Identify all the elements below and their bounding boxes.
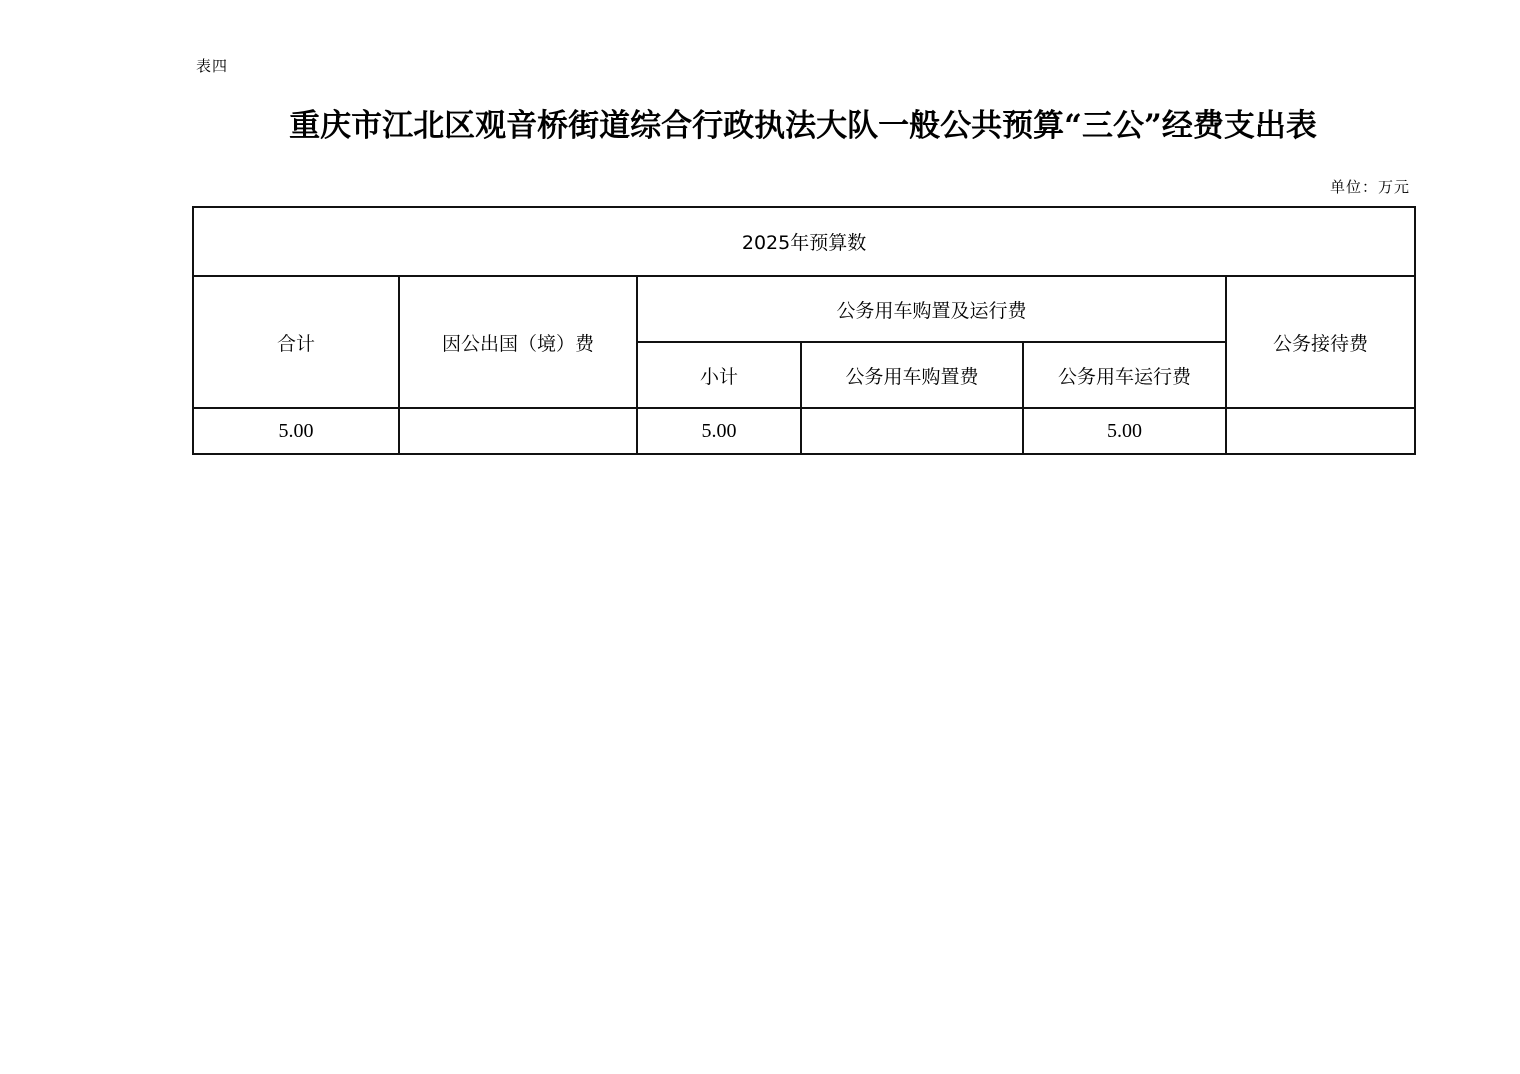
header-overseas: 因公出国（境）费 [399,276,637,408]
header-vehicle-subtotal: 小计 [637,342,801,408]
table-year-header-row: 2025年预算数 [193,207,1415,276]
table-header-row: 合计 因公出国（境）费 公务用车购置及运行费 公务接待费 [193,276,1415,342]
table-number-label: 表四 [196,55,228,76]
header-reception: 公务接待费 [1226,276,1415,408]
three-public-expenses-table: 2025年预算数 合计 因公出国（境）费 公务用车购置及运行费 公务接待费 小计… [192,206,1416,455]
unit-label: 单位：万元 [1330,176,1410,197]
header-vehicle-purchase: 公务用车购置费 [801,342,1023,408]
page-title: 重庆市江北区观音桥街道综合行政执法大队一般公共预算“三公”经费支出表 [192,100,1414,145]
table-row: 5.00 5.00 5.00 [193,408,1415,454]
year-header-text: 2025年预算数 [742,232,866,254]
header-vehicle-group: 公务用车购置及运行费 [637,276,1226,342]
year-header-cell: 2025年预算数 [193,207,1415,276]
cell-overseas [399,408,637,454]
cell-vehicle-purchase [801,408,1023,454]
cell-total: 5.00 [193,408,399,454]
header-vehicle-operation: 公务用车运行费 [1023,342,1226,408]
header-total: 合计 [193,276,399,408]
cell-reception [1226,408,1415,454]
cell-vehicle-operation: 5.00 [1023,408,1226,454]
cell-vehicle-subtotal: 5.00 [637,408,801,454]
